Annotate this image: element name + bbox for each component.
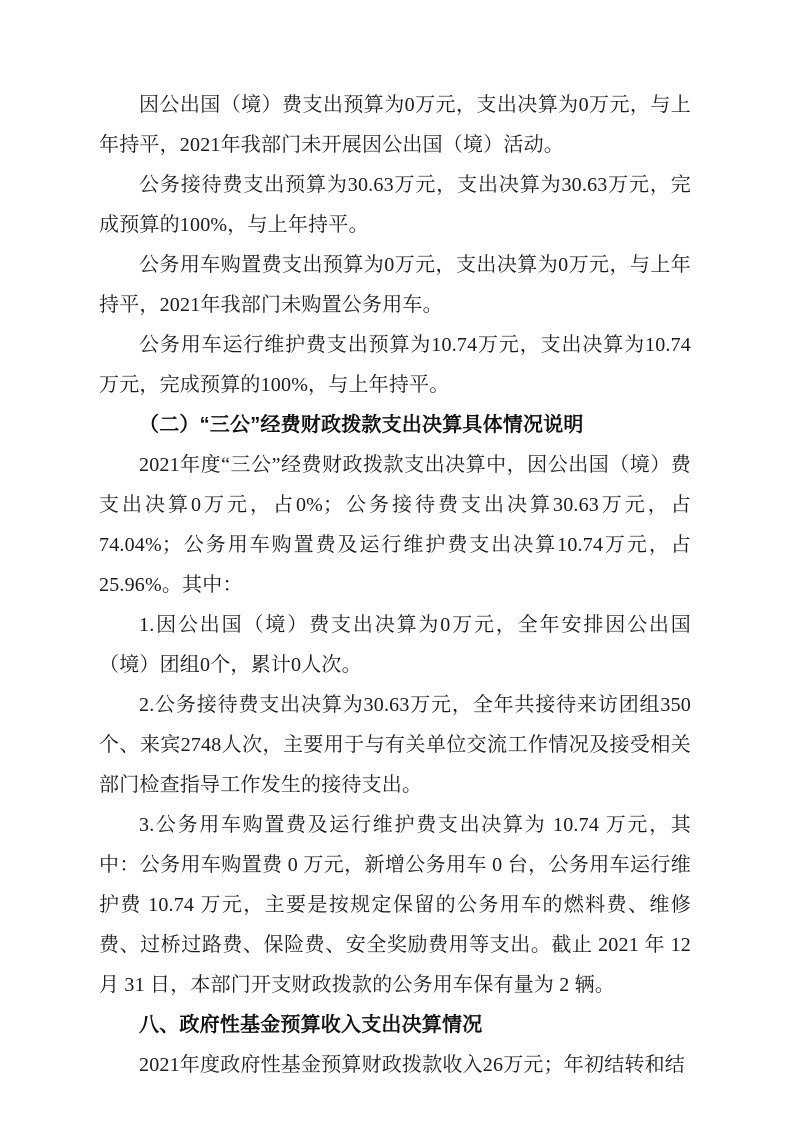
para-vehicle-purchase-budget: 公务用车购置费支出预算为0万元，支出决算为0万元，与上年持平，2021年我部门未…: [99, 245, 691, 325]
heading-section-8-gov-fund: 八、政府性基金预算收入支出决算情况: [99, 1005, 691, 1045]
document-page: 因公出国（境）费支出预算为0万元，支出决算为0万元，与上年持平，2021年我部门…: [0, 0, 793, 1122]
para-item-3-vehicle: 3.公务用车购置费及运行维护费支出决算为 10.74 万元，其中：公务用车购置费…: [99, 805, 691, 1005]
para-three-public-summary: 2021年度“三公”经费财政拨款支出决算中，因公出国（境）费支出决算0万元，占0…: [99, 445, 691, 605]
heading-section-2-three-public-detail: （二）“三公”经费财政拨款支出决算具体情况说明: [99, 405, 691, 445]
para-vehicle-maintenance-budget: 公务用车运行维护费支出预算为10.74万元，支出决算为10.74万元，完成预算的…: [99, 325, 691, 405]
para-item-2-reception: 2.公务接待费支出决算为30.63万元，全年共接待来访团组350个、来宾2748…: [99, 685, 691, 805]
para-item-1-abroad: 1.因公出国（境）费支出决算为0万元，全年安排因公出国（境）团组0个，累计0人次…: [99, 605, 691, 685]
para-reception-expense-budget: 公务接待费支出预算为30.63万元，支出决算为30.63万元，完成预算的100%…: [99, 165, 691, 245]
para-gov-fund-income: 2021年度政府性基金预算财政拨款收入26万元；年初结转和结: [99, 1045, 691, 1085]
para-abroad-expense-budget: 因公出国（境）费支出预算为0万元，支出决算为0万元，与上年持平，2021年我部门…: [99, 85, 691, 165]
document-content: 因公出国（境）费支出预算为0万元，支出决算为0万元，与上年持平，2021年我部门…: [99, 85, 691, 1085]
